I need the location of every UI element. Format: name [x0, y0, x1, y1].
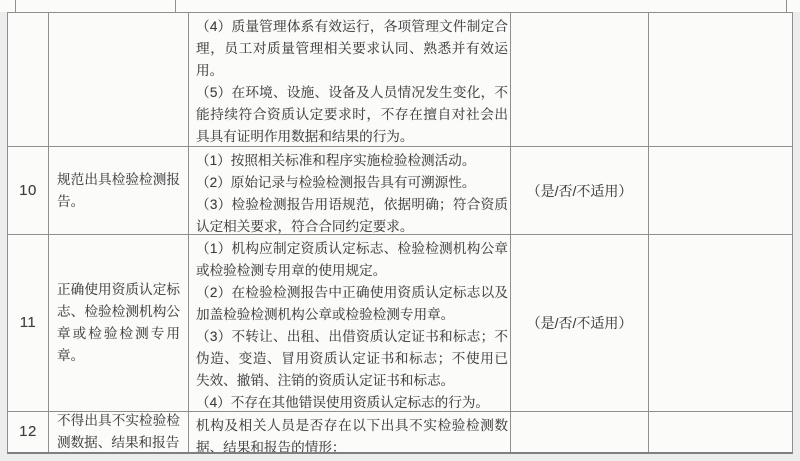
row-number-cell: 11: [8, 235, 49, 412]
result-cell: （是/否/不适用）: [511, 235, 649, 412]
item-title-cell: 规范出具检验检测报告。: [49, 147, 189, 235]
result-cell: [511, 13, 649, 147]
detail-paragraph: （1）按照相关标准和程序实施检验检测活动。: [196, 150, 508, 172]
item-title-text: 规范出具检验检测报告。: [57, 169, 180, 213]
detail-paragraph: （2）原始记录与检验检测报告具有可溯源性。: [196, 172, 508, 194]
remark-cell: [649, 235, 792, 412]
row-number-cell: 10: [8, 147, 49, 235]
item-details-cell: （4）质量管理体系有效运行，各项管理文件制定合理，员工对质量管理相关要求认同、熟…: [189, 13, 511, 147]
detail-paragraph: （3）不转让、出租、出借资质认定证书和标志；不伪造、变造、冒用资质认定证书和标志…: [196, 326, 508, 392]
item-title-cell: [49, 13, 189, 147]
result-cell: （是/否/不适用）: [511, 147, 649, 235]
row-number-cell: 12: [8, 412, 49, 452]
grid-line: [175, 0, 176, 12]
detail-paragraph: （3）检验检测报告用语规范，依据明确；符合资质认定相关要求，符合合同约定要求。: [196, 194, 508, 235]
previous-row-sliver: [0, 0, 800, 12]
remark-cell: [649, 13, 792, 147]
result-cell: [511, 412, 649, 452]
detail-paragraph: （1）机构应制定资质认定标志、检验检测机构公章或检验检测专用章的使用规定。: [196, 238, 508, 282]
item-details-cell: （1）机构应制定资质认定标志、检验检测机构公章或检验检测专用章的使用规定。 （2…: [189, 235, 511, 412]
item-title-text: 不得出具不实检验检测数据、结果和报告: [57, 412, 180, 452]
grid-line: [15, 0, 16, 12]
remark-cell: [649, 147, 792, 235]
item-title-text: 正确使用资质认定标志、检验检测机构公章或检验检测专用章。: [57, 279, 180, 367]
detail-paragraph: 机构及相关人员是否存在以下出具不实检验检测数据、结果和报告的情形：: [196, 415, 508, 452]
scanned-checklist-page: （4）质量管理体系有效运行，各项管理文件制定合理，员工对质量管理相关要求认同、熟…: [0, 0, 800, 461]
grid-line: [786, 0, 787, 12]
remark-cell: [649, 412, 792, 452]
row-number-cell: [8, 13, 49, 147]
detail-paragraph: （2）在检验检测报告中正确使用资质认定标志以及加盖检验检测机构公章或检验检测专用…: [196, 282, 508, 326]
checklist-table: （4）质量管理体系有效运行，各项管理文件制定合理，员工对质量管理相关要求认同、熟…: [7, 12, 793, 454]
item-title-cell: 正确使用资质认定标志、检验检测机构公章或检验检测专用章。: [49, 235, 189, 412]
detail-paragraph: （5）在环境、设施、设备及人员情况发生变化，不能持续符合资质认定要求时，不存在擅…: [196, 82, 508, 147]
detail-paragraph: （4）质量管理体系有效运行，各项管理文件制定合理，员工对质量管理相关要求认同、熟…: [196, 16, 508, 82]
detail-paragraph: （4）不存在其他错误使用资质认定标志的行为。: [196, 392, 508, 412]
item-title-cell: 不得出具不实检验检测数据、结果和报告: [49, 412, 189, 452]
item-details-cell: （1）按照相关标准和程序实施检验检测活动。 （2）原始记录与检验检测报告具有可溯…: [189, 147, 511, 235]
item-details-cell: 机构及相关人员是否存在以下出具不实检验检测数据、结果和报告的情形：: [189, 412, 511, 452]
